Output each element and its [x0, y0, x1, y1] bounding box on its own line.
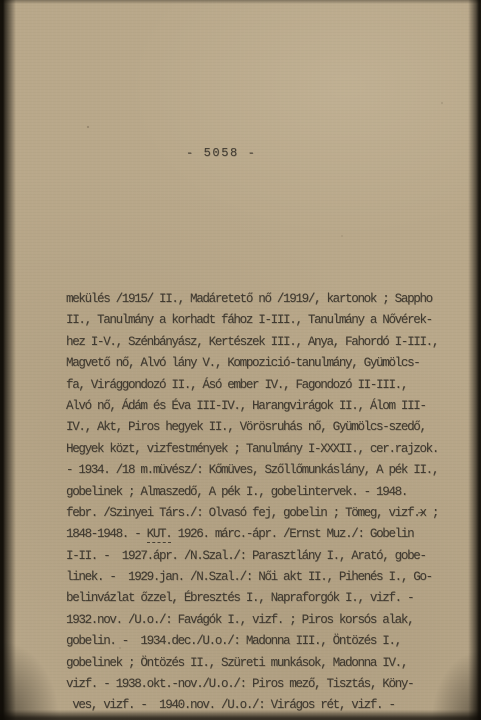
text-line: gobelin. - 1934.dec./U.o./: Madonna III.…	[66, 631, 456, 652]
scan-corner-bottom-left	[0, 640, 60, 720]
text-line: 1932.nov. /U.o./: Favágók I., vizf. ; Pi…	[66, 610, 456, 631]
scan-edge-right	[468, 0, 481, 720]
text-line: Magvető nő, Alvó lány V., Kompozició-tan…	[66, 353, 456, 374]
text-line: febr. /Szinyei Társ./: Olvasó fej, gobel…	[66, 503, 456, 524]
text-line: mekülés /1915/ II., Madáretető nő /1919/…	[66, 289, 456, 310]
scan-edge-top	[0, 0, 481, 4]
page-number: - 5058 -	[186, 146, 256, 160]
text-line: Hegyek közt, vizfestmények ; Tanulmány I…	[66, 439, 456, 460]
text-block: mekülés /1915/ II., Madáretető nő /1919/…	[66, 289, 456, 717]
text-line: - 1934. /18 m.müvész/: Kőmüves, Szőllőmu…	[66, 460, 456, 481]
scan-edge-left	[0, 0, 16, 720]
text-line: gobelinek ; Almaszedő, A pék I., gobelin…	[66, 482, 456, 503]
text-line: I-II. - 1927.ápr. /N.Szal./: Parasztlány…	[66, 546, 456, 567]
text-line: ves, vizf. - 1940.nov. /U.o./: Virágos r…	[66, 695, 456, 716]
text-line: 1848-1948. - KUT. 1926. márc.-ápr. /Erns…	[66, 524, 456, 545]
text-line: belinvázlat őzzel, Ébresztés I., Naprafo…	[66, 588, 456, 609]
text-line: hez I-V., Szénbányász, Kertészek III., A…	[66, 332, 456, 353]
text-line: fa, Virággondozó II., Ásó ember IV., Fag…	[66, 375, 456, 396]
text-line: IV., Akt, Piros hegyek II., Vörösruhás n…	[66, 417, 456, 438]
text-line: linek. - 1929.jan. /N.Szal./: Női akt II…	[66, 567, 456, 588]
text-line: vizf. - 1938.okt.-nov./U.o./: Piros mező…	[66, 674, 456, 695]
text-line: Alvó nő, Ádám és Éva III-IV., Harangvirá…	[66, 396, 456, 417]
text-line: II., Tanulmány a korhadt fához I-III., T…	[66, 310, 456, 331]
scanned-page: - 5058 - mekülés /1915/ II., Madáretető …	[0, 0, 481, 720]
text-line: gobelinek ; Öntözés II., Szüreti munkáso…	[66, 653, 456, 674]
